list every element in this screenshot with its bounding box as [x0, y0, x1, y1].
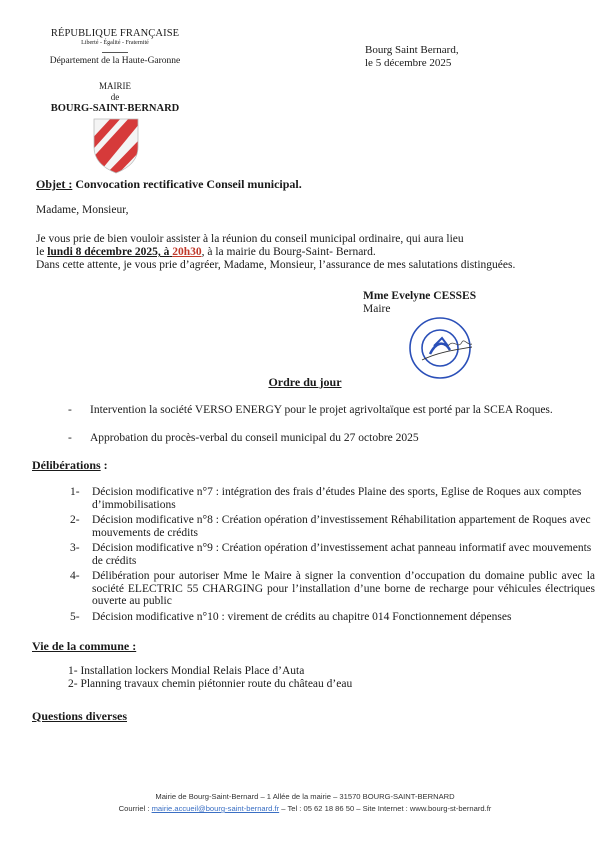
- letter-body: Je vous prie de bien vouloir assister à …: [36, 233, 596, 272]
- deliberation-item: 3-Décision modificative n°9 : Création o…: [70, 542, 595, 567]
- subject-line: Objet : Convocation rectificative Consei…: [36, 177, 302, 192]
- meeting-time: 20h30: [172, 246, 201, 258]
- footer: Mairie de Bourg-Saint-Bernard – 1 Allée …: [0, 791, 610, 815]
- mairie-de: de: [30, 92, 200, 103]
- deliberation-item: 1-Décision modificative n°7 : intégratio…: [70, 486, 595, 511]
- commune-life-item: 2- Planning travaux chemin piétonnier ro…: [68, 678, 352, 691]
- agenda-item: -Approbation du procès-verbal du conseil…: [68, 432, 419, 444]
- misc-questions-heading: Questions diverses: [32, 709, 127, 724]
- body-line-3: Dans cette attente, je vous prie d’agrée…: [36, 259, 596, 272]
- body-line-1: Je vous prie de bien vouloir assister à …: [36, 233, 596, 246]
- subject-text: Convocation rectificative Conseil munici…: [72, 177, 301, 191]
- republic-title: RÉPUBLIQUE FRANÇAISE: [30, 28, 200, 39]
- body-line-2: le lundi 8 décembre 2025, à 20h30, à la …: [36, 246, 596, 259]
- footer-contact: Courriel : mairie.accueil@bourg-saint-be…: [0, 803, 610, 815]
- signature-block: Mme Evelyne CESSES Maire: [363, 290, 476, 316]
- deliberation-item: 2-Décision modificative n°8 : Création o…: [70, 514, 595, 539]
- mairie-label: MAIRIE: [30, 81, 200, 92]
- salutation: Madame, Monsieur,: [36, 204, 128, 216]
- commune-life-list: 1- Installation lockers Mondial Relais P…: [68, 665, 352, 691]
- deliberations-list: 1-Décision modificative n°7 : intégratio…: [70, 486, 595, 626]
- signatory-title: Maire: [363, 303, 476, 316]
- deliberation-item: 4-Délibération pour autoriser Mme le Mai…: [70, 570, 595, 608]
- department: Département de la Haute-Garonne: [30, 56, 200, 66]
- subject-label: Objet :: [36, 177, 72, 191]
- footer-address: Mairie de Bourg-Saint-Bernard – 1 Allée …: [0, 791, 610, 803]
- deliberations-heading: Délibérations :: [32, 458, 108, 473]
- signatory-name: Mme Evelyne CESSES: [363, 290, 476, 303]
- email-link[interactable]: mairie.accueil@bourg-saint-bernard.fr: [152, 804, 280, 813]
- agenda-item: -Intervention la société VERSO ENERGY po…: [68, 404, 553, 416]
- place: Bourg Saint Bernard,: [365, 44, 459, 57]
- commune-life-heading: Vie de la commune :: [32, 639, 136, 654]
- date: le 5 décembre 2025: [365, 57, 459, 70]
- commune-name: BOURG-SAINT-BERNARD: [30, 103, 200, 115]
- republic-motto: Liberté - Égalité - Fraternité: [30, 40, 200, 46]
- place-and-date: Bourg Saint Bernard, le 5 décembre 2025: [365, 44, 459, 70]
- letterhead: RÉPUBLIQUE FRANÇAISE Liberté - Égalité -…: [30, 28, 200, 115]
- deliberation-item: 5-Décision modificative n°10 : virement …: [70, 611, 595, 624]
- agenda-title: Ordre du jour: [0, 375, 610, 390]
- coat-of-arms-icon: [92, 117, 140, 174]
- divider: [102, 52, 128, 53]
- official-stamp-icon: [408, 316, 472, 380]
- meeting-date: lundi 8 décembre 2025, à: [47, 246, 169, 258]
- commune-life-item: 1- Installation lockers Mondial Relais P…: [68, 665, 352, 678]
